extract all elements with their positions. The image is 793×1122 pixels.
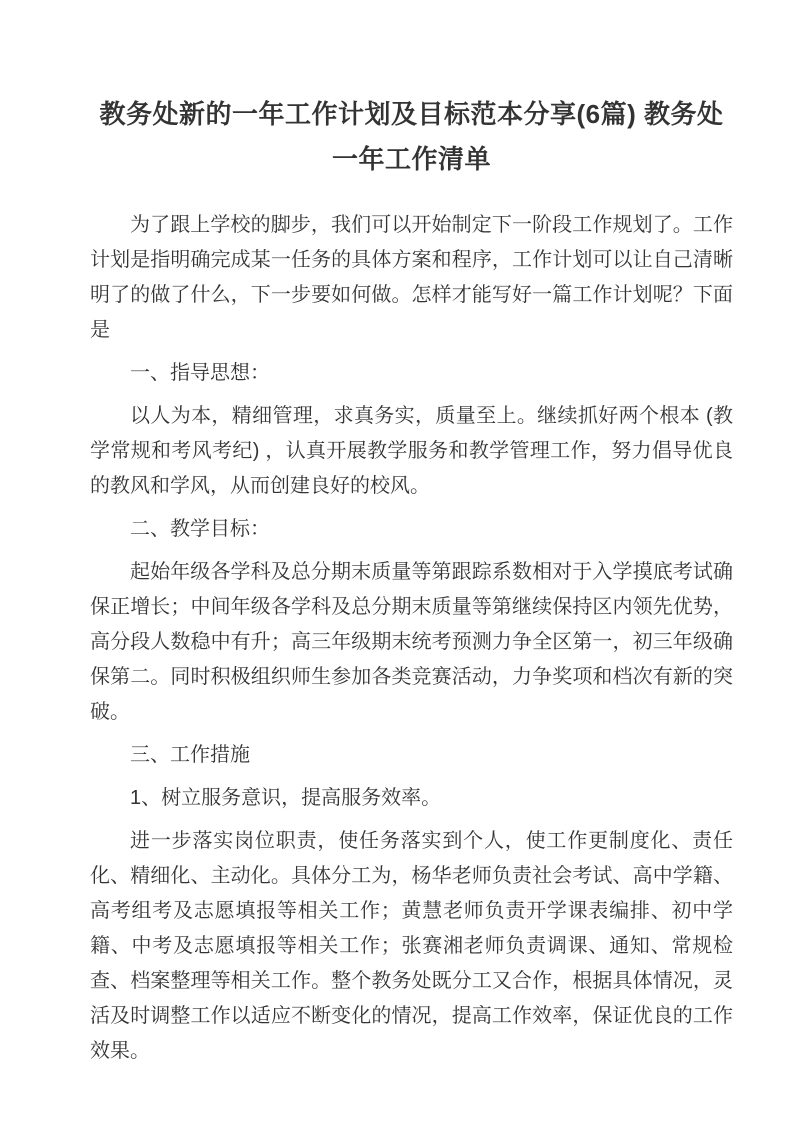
measure-1-heading: 1、树立服务意识，提高服务效率。 bbox=[90, 781, 733, 816]
section-2-body: 起始年级各学科及总分期末质量等第跟踪系数相对于入学摸底考试确保正增长；中间年级各… bbox=[90, 555, 733, 730]
measure-1-body: 进一步落实岗位职责，使任务落实到个人，使工作更制度化、责任化、精细化、主动化。具… bbox=[90, 824, 733, 1069]
section-1-heading: 一、指导思想： bbox=[90, 356, 733, 391]
intro-paragraph: 为了跟上学校的脚步，我们可以开始制定下一阶段工作规划了。工作计划是指明确完成某一… bbox=[90, 208, 733, 348]
section-3-heading: 三、工作措施 bbox=[90, 738, 733, 773]
document-title: 教务处新的一年工作计划及目标范本分享(6篇) 教务处一年工作清单 bbox=[90, 92, 733, 182]
document-page: 教务处新的一年工作计划及目标范本分享(6篇) 教务处一年工作清单 为了跟上学校的… bbox=[0, 0, 793, 1122]
section-1-body: 以人为本，精细管理，求真务实，质量至上。继续抓好两个根本 (教学常规和考风考纪)… bbox=[90, 399, 733, 504]
section-2-heading: 二、教学目标： bbox=[90, 512, 733, 547]
